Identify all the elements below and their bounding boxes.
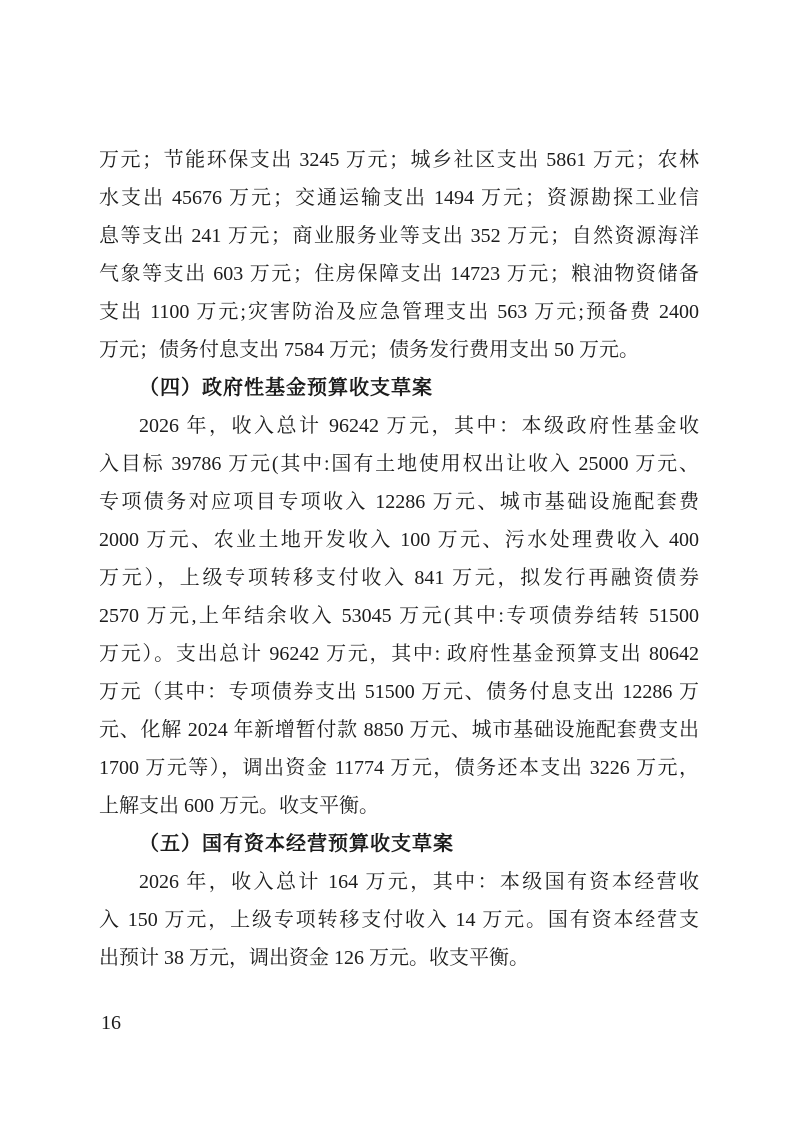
page-number: 16: [101, 1008, 121, 1038]
text-line-21: 入 150 万元，上级专项转移支付收入 14 万元。国有资本经营支: [99, 901, 699, 939]
text-line-13: 2570 万元,上年结余收入 53045 万元(其中:专项债券结转 51500: [99, 597, 699, 635]
text-line-11: 2000 万元、农业土地开发收入 100 万元、污水处理费收入 400: [99, 521, 699, 559]
text-line-16: 元、化解 2024 年新增暂付款 8850 万元、城市基础设施配套费支出: [99, 711, 699, 749]
text-line-18: 上解支出 600 万元。收支平衡。: [99, 787, 699, 825]
text-line-17: 1700 万元等），调出资金 11774 万元，债务还本支出 3226 万元，: [99, 749, 699, 787]
text-line-15: 万元（其中：专项债券支出 51500 万元、债务付息支出 12286 万: [99, 673, 699, 711]
text-line-2: 水支出 45676 万元；交通运输支出 1494 万元；资源勘探工业信: [99, 179, 699, 217]
text-line-8: 2026 年，收入总计 96242 万元，其中：本级政府性基金收: [99, 407, 699, 445]
text-line-14: 万元）。支出总计 96242 万元，其中: 政府性基金预算支出 80642: [99, 635, 699, 673]
text-line-1: 万元；节能环保支出 3245 万元；城乡社区支出 5861 万元；农林: [99, 141, 699, 179]
text-line-4: 气象等支出 603 万元；住房保障支出 14723 万元；粮油物资储备: [99, 255, 699, 293]
text-line-20: 2026 年，收入总计 164 万元，其中：本级国有资本经营收: [99, 863, 699, 901]
section-heading-2: （五）国有资本经营预算收支草案: [99, 825, 699, 863]
text-line-9: 入目标 39786 万元(其中:国有土地使用权出让收入 25000 万元、: [99, 445, 699, 483]
text-line-10: 专项债务对应项目专项收入 12286 万元、城市基础设施配套费: [99, 483, 699, 521]
text-line-5: 支出 1100 万元;灾害防治及应急管理支出 563 万元;预备费 2400: [99, 293, 699, 331]
text-line-6: 万元；债务付息支出 7584 万元；债务发行费用支出 50 万元。: [99, 331, 699, 369]
text-line-22: 出预计 38 万元，调出资金 126 万元。收支平衡。: [99, 939, 699, 977]
section-heading-1: （四）政府性基金预算收支草案: [99, 369, 699, 407]
text-line-12: 万元），上级专项转移支付收入 841 万元，拟发行再融资债券: [99, 559, 699, 597]
document-page: 万元；节能环保支出 3245 万元；城乡社区支出 5861 万元；农林水支出 4…: [0, 0, 793, 1122]
text-line-3: 息等支出 241 万元；商业服务业等支出 352 万元；自然资源海洋: [99, 217, 699, 255]
document-text-block: 万元；节能环保支出 3245 万元；城乡社区支出 5861 万元；农林水支出 4…: [99, 141, 699, 977]
